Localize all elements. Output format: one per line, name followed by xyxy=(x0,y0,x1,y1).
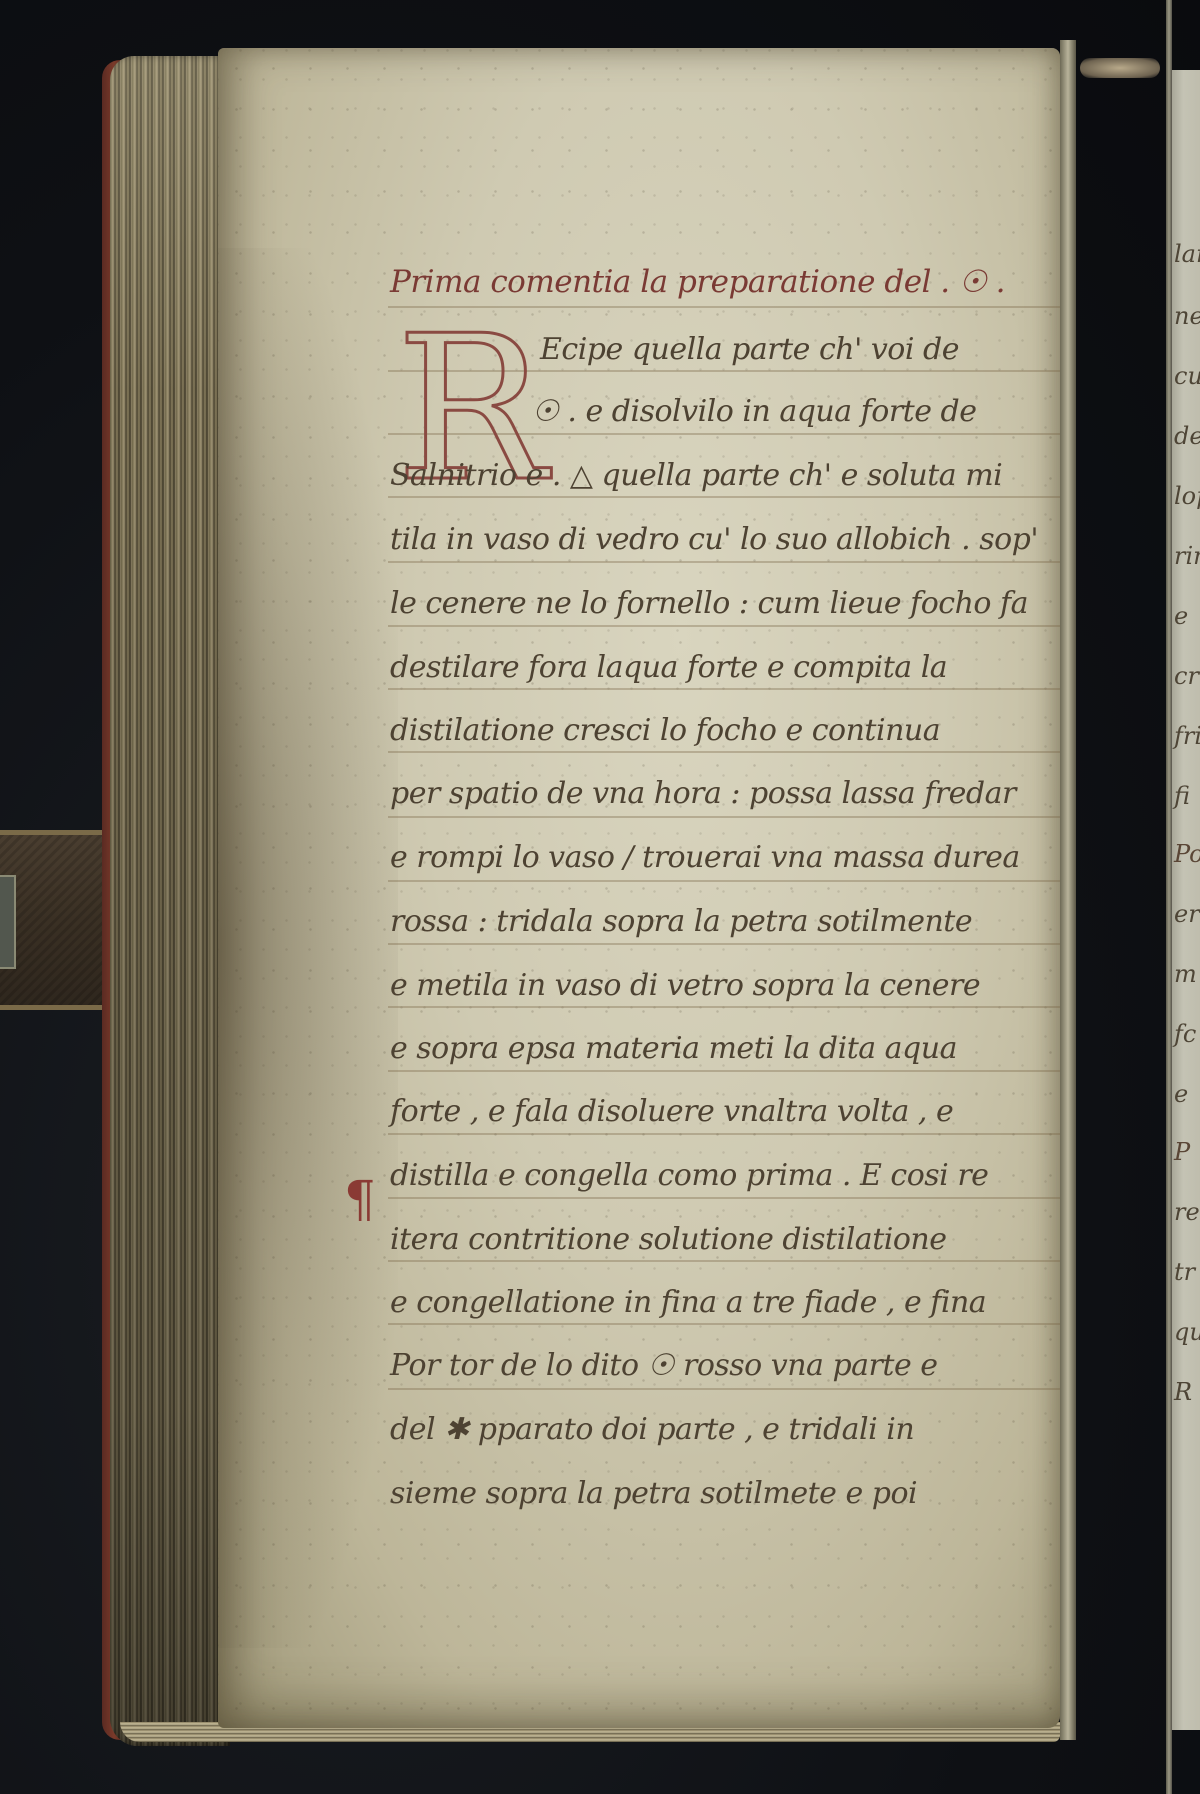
metal-clasp xyxy=(0,875,16,969)
text-line: itera contritione solutione distilatione xyxy=(390,1222,946,1257)
ruling-line xyxy=(388,1197,1060,1199)
text-line: tila in vaso di vedro cu' lo suo allobic… xyxy=(390,522,1038,557)
facing-text: lan xyxy=(1174,240,1200,268)
text-line: Por tor de lo dito ☉ rosso vna parte e xyxy=(390,1348,937,1383)
facing-page-fragment: lan nel cu de lop rin e cr fri fi Po er … xyxy=(1172,70,1200,1730)
ruling-line xyxy=(388,688,1060,690)
leather-clasp-strap xyxy=(0,830,110,1010)
facing-text: rin xyxy=(1174,542,1200,570)
text-line: destilare fora laqua forte e compita la xyxy=(390,650,947,685)
ruling-line xyxy=(388,1260,1060,1262)
ruling-line xyxy=(388,625,1060,627)
facing-text: e xyxy=(1174,1080,1188,1108)
text-line: e sopra epsa materia meti la dita aqua xyxy=(390,1031,957,1066)
text-line: per spatio de vna hora : possa lassa fre… xyxy=(390,776,1016,811)
facing-text: re xyxy=(1174,1198,1200,1226)
text-line: e metila in vaso di vetro sopra la cener… xyxy=(390,968,980,1003)
ruling-line xyxy=(388,1070,1060,1072)
text-line: sieme sopra la petra sotilmete e poi xyxy=(390,1476,917,1511)
facing-text: m xyxy=(1174,960,1197,988)
text-line: del ✱ pparato doi parte , e tridali in xyxy=(390,1412,914,1447)
facing-text: fc xyxy=(1174,1020,1196,1048)
ruling-line xyxy=(388,1388,1060,1390)
page-fore-edge xyxy=(110,56,230,1746)
text-line: distilla e congella como prima . E cosi … xyxy=(390,1158,988,1193)
facing-text: lop xyxy=(1174,482,1200,510)
text-block: Prima comentia la preparatione del . ☉ .… xyxy=(218,48,1060,1728)
ruling-line xyxy=(388,1006,1060,1008)
facing-text: R xyxy=(1174,1378,1192,1406)
text-line: Salnitrio e . △ quella parte ch' e solut… xyxy=(390,458,1002,493)
facing-text: fri xyxy=(1174,722,1200,750)
ruling-line xyxy=(388,561,1060,563)
ruling-line xyxy=(388,751,1060,753)
text-line: distilatione cresci lo focho e continua xyxy=(390,713,940,748)
text-line: e rompi lo vaso / trouerai vna massa dur… xyxy=(390,840,1020,875)
facing-text: qu xyxy=(1174,1318,1200,1346)
text-line: ☉ . e disolvilo in aqua forte de xyxy=(532,394,976,429)
text-line: le cenere ne lo fornello : cum lieue foc… xyxy=(390,586,1028,621)
text-line: e congellatione in fina a tre fiade , e … xyxy=(390,1285,986,1320)
paragraph-mark: ¶ xyxy=(344,1170,376,1228)
facing-text: e xyxy=(1174,602,1188,630)
ruling-line xyxy=(388,1133,1060,1135)
binding-tie xyxy=(1080,58,1160,78)
ruling-line xyxy=(388,1323,1060,1325)
facing-text: cu xyxy=(1174,362,1200,390)
ruling-line xyxy=(388,816,1060,818)
facing-text: P xyxy=(1174,1138,1190,1166)
text-line: rossa : tridala sopra la petra sotilment… xyxy=(390,904,972,939)
text-line: Ecipe quella parte ch' voi de xyxy=(540,332,959,367)
facing-text: Po xyxy=(1174,840,1200,868)
facing-text: tr xyxy=(1174,1258,1195,1286)
manuscript-page: Prima comentia la preparatione del . ☉ .… xyxy=(218,48,1060,1728)
ruling-line xyxy=(388,880,1060,882)
book-gutter xyxy=(1060,40,1076,1740)
facing-text: de xyxy=(1174,422,1200,450)
ruling-line xyxy=(388,943,1060,945)
facing-text: cr xyxy=(1174,662,1199,690)
facing-text: nel xyxy=(1174,302,1200,330)
text-line: forte , e fala disoluere vnaltra volta ,… xyxy=(390,1094,953,1129)
facing-text: fi xyxy=(1174,782,1190,810)
facing-text: er xyxy=(1174,900,1200,928)
